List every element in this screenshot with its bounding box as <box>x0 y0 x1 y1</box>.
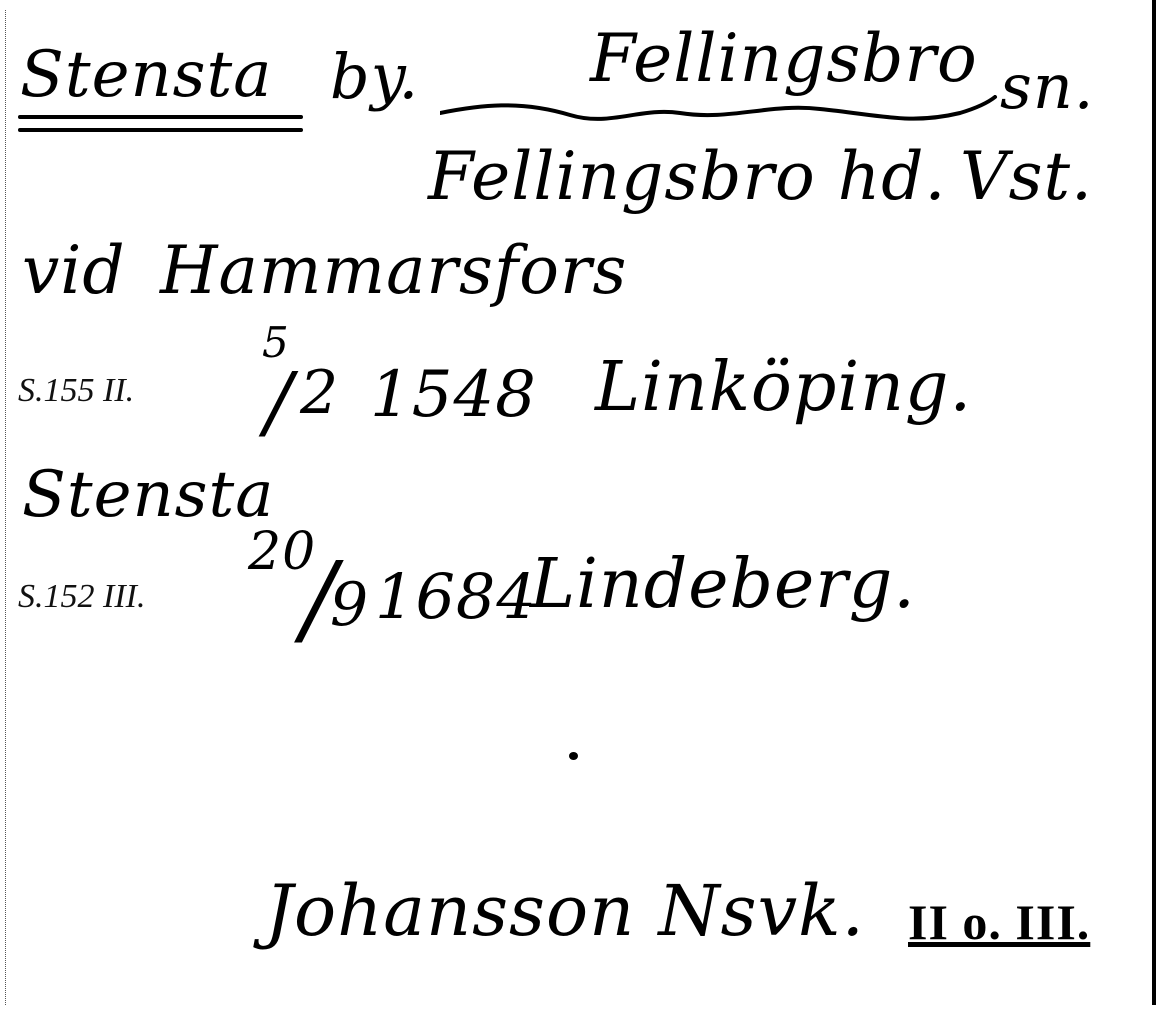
signature-volumes: II o. III. <box>908 893 1090 951</box>
hundred-name: Fellingsbro hd. <box>428 138 946 215</box>
heading-underline-1 <box>18 115 303 119</box>
right-scan-border <box>1152 0 1156 1005</box>
entry-2-reference: S.152 III. <box>18 578 145 616</box>
entry-1-reference: S.155 II. <box>18 372 134 410</box>
parish-underline-squiggle <box>440 95 1000 135</box>
entry-1-year: 1548 <box>370 358 537 432</box>
location-place: Hammarsfors <box>160 232 627 309</box>
county-abbrev: Vst. <box>960 138 1093 215</box>
entry-2-year: 1684 <box>375 560 537 633</box>
parish-abbrev: sn. <box>1000 50 1094 123</box>
entry-2-name-form: Stensta <box>22 458 274 532</box>
place-name-heading: Stensta <box>20 38 272 112</box>
entry-1-source: Linköping. <box>595 348 972 427</box>
ink-dot <box>569 752 578 760</box>
heading-underline-2 <box>18 128 303 132</box>
index-card: Stensta by. Fellingsbro sn. Fellingsbro … <box>0 0 1158 1009</box>
signature-name: Johansson Nsvk. <box>265 870 865 952</box>
entry-1-date-slash: / <box>265 355 293 448</box>
location-prefix: vid <box>22 232 126 309</box>
entry-2-date-month: 9 <box>330 570 369 640</box>
place-type: by. <box>330 40 419 113</box>
entry-1-date-month: 2 <box>300 358 339 428</box>
left-scan-edge <box>5 10 6 1005</box>
parish-name: Fellingsbro <box>590 20 978 97</box>
entry-2-source: Lindeberg. <box>530 545 916 624</box>
